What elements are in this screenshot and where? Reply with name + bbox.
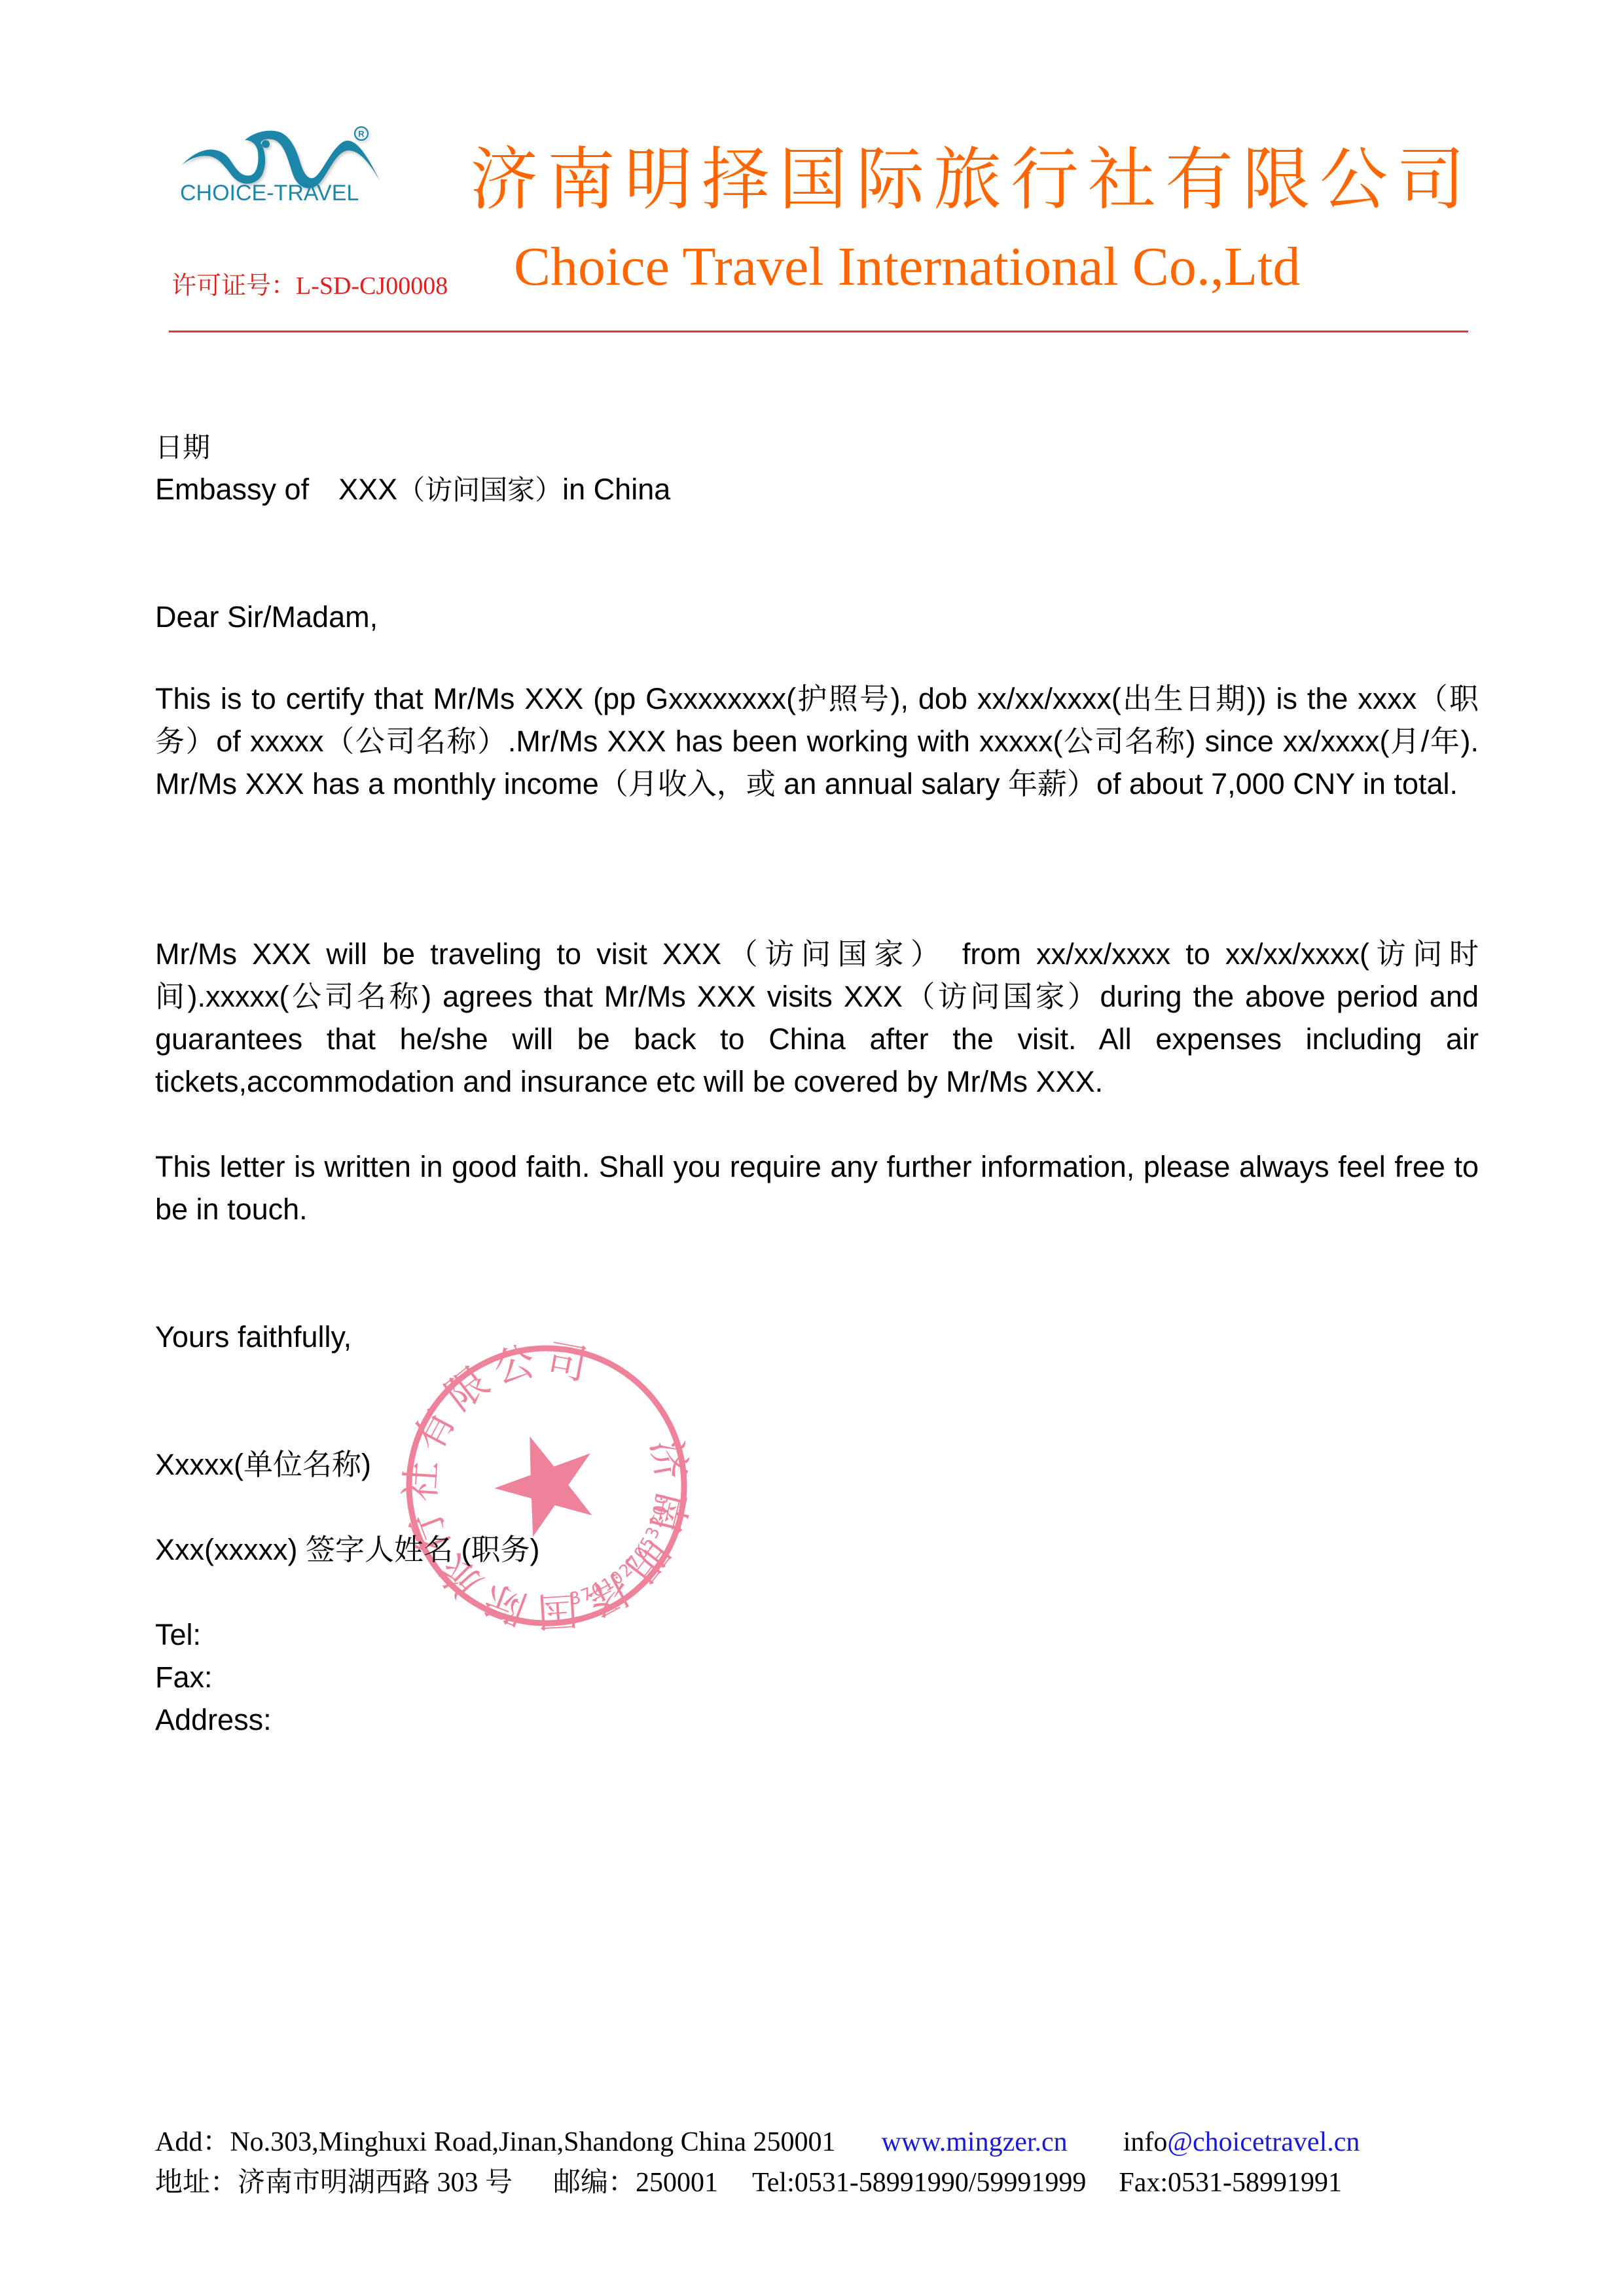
letter-date: 日期	[155, 425, 1477, 469]
address-label: Address:	[155, 1698, 1477, 1741]
email-at: @	[1167, 2127, 1193, 2157]
license-number: 许可证号：L-SD-CJ00008	[171, 265, 448, 301]
closing: Yours faithfully,	[155, 1316, 1477, 1358]
company-name-english: Choice Travel International Co.,Ltd	[514, 237, 1300, 297]
signatory-line: Xxx(xxxxx) 签字人姓名 (职务)	[155, 1528, 1477, 1571]
company-name-chinese: 济南明择国际旅行社有限公司	[470, 145, 1474, 213]
footer-tel: Tel:0531-58991990/59991999	[752, 2168, 1086, 2198]
footer-line-chinese: 地址：济南市明湖西路 303 号邮编：250001Tel:0531-589919…	[155, 2169, 1342, 2197]
email-user: info	[1123, 2127, 1168, 2157]
footer-website-link[interactable]: www.mingzer.cn	[881, 2127, 1067, 2157]
recipient-country-note: （访问国家）	[397, 474, 562, 506]
footer-email-link[interactable]: info@choicetravel.cn	[1123, 2127, 1360, 2157]
organization-text: Xxxxx(单位名称)	[155, 1448, 371, 1481]
paragraph-employment: This is to certify that Mr/Ms XXX (pp Gx…	[155, 677, 1479, 805]
recipient-line: Embassy of XXX（访问国家）in China	[155, 468, 1477, 511]
svg-text:R: R	[358, 129, 365, 139]
tel-label: Tel:	[155, 1613, 1477, 1656]
salutation: Dear Sir/Madam,	[155, 596, 1477, 638]
recipient-prefix: Embassy of XXX	[155, 473, 397, 506]
fax-label: Fax:	[155, 1656, 1477, 1698]
email-domain: choicetravel.cn	[1193, 2127, 1360, 2157]
recipient-suffix: in China	[562, 473, 670, 506]
logo-wordmark: CHOICE-TRAVEL	[180, 181, 359, 206]
paragraph-good-faith: This letter is written in good faith. Sh…	[155, 1145, 1479, 1230]
footer-line-english: Add：No.303,Minghuxi Road,Jinan,Shandong …	[155, 2128, 1360, 2156]
footer-address-cn: 地址：济南市明湖西路 303 号	[155, 2168, 513, 2198]
signatory-text: Xxx(xxxxx) 签字人姓名 (职务)	[155, 1533, 539, 1566]
paragraph-travel: Mr/Ms XXX will be traveling to visit XXX…	[155, 933, 1479, 1103]
footer-fax: Fax:0531-58991991	[1119, 2168, 1342, 2198]
letter-page: R CHOICE-TRAVEL 济南明择国际旅行社有限公司 许可证号：L-SD-…	[0, 0, 1624, 2296]
organization-name: Xxxxx(单位名称)	[155, 1443, 1477, 1486]
date-text: 日期	[155, 431, 210, 463]
footer-postcode: 邮编：250001	[553, 2168, 718, 2198]
letterhead-divider	[169, 331, 1468, 332]
footer-address-en: Add：No.303,Minghuxi Road,Jinan,Shandong …	[155, 2127, 835, 2157]
company-seal-stamp: 济南明择国际旅行社有限公司 3701027053200	[396, 1335, 697, 1636]
